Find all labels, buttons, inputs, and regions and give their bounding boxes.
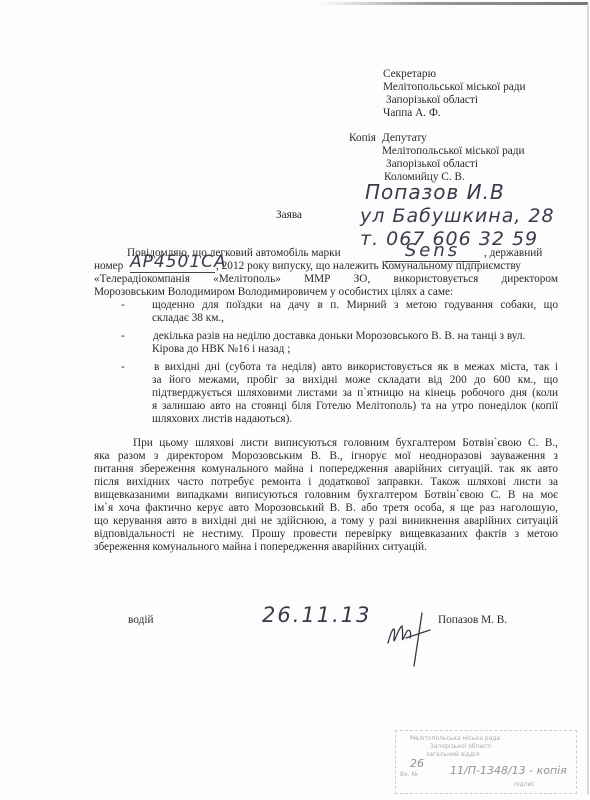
bullet-3-line5: шляхових листів надаються). <box>152 413 292 426</box>
p2-line: збереження комунального майна і попередж… <box>94 541 427 554</box>
handwritten-name: Попазов И.В <box>365 180 505 204</box>
stamp-line-3: загальний відділ <box>426 751 480 758</box>
addressee-title: Секретарю <box>383 68 436 81</box>
scan-edge-shadow <box>320 2 588 5</box>
stamp-line-2: Запорізької області <box>430 743 492 750</box>
bullet-1-line1: щоденно для поїздки на дачу в п. Мирний … <box>152 299 558 312</box>
scanned-document-page: Секретарю Мелітопольської міської ради З… <box>0 0 590 800</box>
addressee-name: Чаппа А. Ф. <box>383 107 441 120</box>
p2-line: вищевказаними випадками виписуються голо… <box>94 489 558 502</box>
p2-line: відповідальності не нестиму. Прошу прове… <box>94 528 558 541</box>
bullet-3-line1: в вихідні дні (субота та неділя) авто ви… <box>154 361 558 374</box>
p2-line: При цьому шляхові листи виписуються голо… <box>133 437 558 450</box>
stamp-day: 26 <box>410 757 424 770</box>
copy-label: Копія <box>349 132 376 145</box>
copy-region: Запорізької області <box>386 158 478 171</box>
bullet-3-line3: підтверджується шляховими листами за п`я… <box>152 387 558 400</box>
bullet-1-line2: складає 38 км., <box>152 312 224 325</box>
p2-line: яка разом з директором Морозовським В. В… <box>94 450 558 463</box>
p1-line2-label: номер <box>94 260 123 273</box>
handwritten-date: 26.11.13 <box>262 603 372 627</box>
addressee-org: Мелітопольської міської ради <box>383 81 526 94</box>
signer-role: водій <box>128 614 154 627</box>
bullet-3-line4: я залишаю авто на стоянці біля Готелю Ме… <box>152 400 558 413</box>
copy-org: Мелітопольської міської ради <box>382 145 525 158</box>
p1-line2-text: , 2012 року випуску, що належить Комунал… <box>216 260 521 273</box>
stamp-line-1: Мелітопольська міська рада <box>410 735 500 742</box>
signer-name: Попазов М. В. <box>438 614 507 627</box>
p2-line: що керування авто в вихідні дні не здійс… <box>94 515 558 528</box>
addressee-region: Запорізької області <box>386 94 478 107</box>
signature-icon <box>378 608 438 668</box>
car-brand-handwritten: Sens <box>385 240 480 262</box>
scan-edge-right <box>587 4 589 794</box>
stamp-footer: підпис <box>514 781 535 788</box>
bullet-marker: - <box>121 361 125 373</box>
registration-stamp: Мелітопольська міська рада Запорізької о… <box>395 730 577 794</box>
stamp-in-label: Вх. № <box>400 771 418 778</box>
bullet-marker: - <box>121 330 125 342</box>
p2-line: після вихідних часто потребує ремонта і … <box>94 476 558 489</box>
bullet-2-line2: Кірова до НВК №16 і назад ; <box>152 343 290 356</box>
p1-line1-end: , державний <box>484 247 542 260</box>
bullet-2-line1: декілька разів на неділю доставка доньки… <box>153 330 525 343</box>
bullet-3-line2: за його межами, пробіг за вихідні може с… <box>152 374 558 387</box>
p2-line: ім`я хоча фактично керує авто Морозовськ… <box>94 502 558 515</box>
document-title: Заява <box>276 209 302 222</box>
p1-line3: «Телерадіокомпанія «Мелітополь» ММР ЗО, … <box>94 273 558 286</box>
stamp-number: 11/П-1348/13 - копія <box>450 764 567 777</box>
handwritten-address: ул Бабушкина, 28 <box>360 205 555 227</box>
license-plate-handwritten: АР4501СА <box>130 252 215 273</box>
copy-title: Депутату <box>382 132 427 145</box>
p2-line: питання збереження комунального майна і … <box>94 463 558 476</box>
p1-line4: Морозовським Володимиром Володимировичем… <box>94 286 453 299</box>
bullet-marker: - <box>121 299 125 311</box>
